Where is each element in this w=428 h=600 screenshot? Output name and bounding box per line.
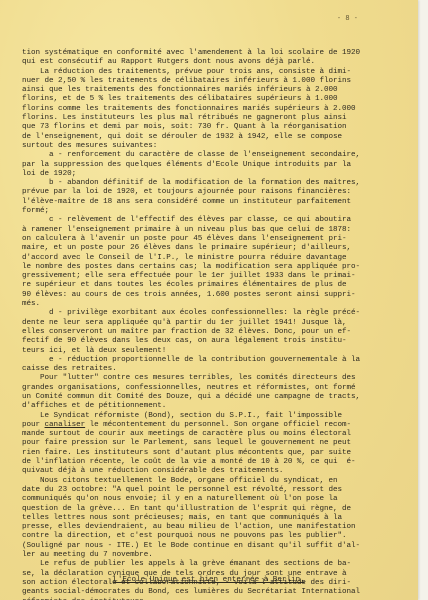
text-line: pour canaliser le mécontentement du pers…	[22, 421, 414, 430]
document-page: - 8 - tion systématique en conformité av…	[0, 0, 418, 600]
text-line: que 73 florins et demi par mois, soit: 7…	[22, 123, 414, 132]
text-line: le nombre des postes dans certains cas; …	[22, 263, 414, 272]
text-line: surtout des mesures suivantes:	[22, 142, 414, 151]
text-line: 90 élèves: au cours de ces trois années,…	[22, 291, 414, 300]
text-line: a - renforcement du caractère de classe …	[22, 151, 414, 160]
text-line: b - abandon définitif de la modification…	[22, 179, 414, 188]
text-line: de l'inflation récente, le coût de la vi…	[22, 458, 414, 467]
body-text: tion systématique en conformité avec l'a…	[22, 49, 414, 600]
text-line: més.	[22, 300, 414, 309]
text-line: Pour "lutter" contre ces mesures terribl…	[22, 374, 414, 383]
text-line: geants social-démocrates du Bond, ces lu…	[22, 588, 414, 597]
text-line: c - relèvement de l'effectif des élèves …	[22, 216, 414, 225]
closing-line: L'Ecole Unique est bien enterrée à Berli…	[0, 576, 418, 584]
text-line: telles lettres nous sont précieuses; mai…	[22, 514, 414, 523]
text-line: quivaut déjà à une réduction considérabl…	[22, 467, 414, 476]
text-line: maire, et un poste pour 26 élèves dans l…	[22, 244, 414, 253]
text-line: rien faire. Les instituteurs sont d'auta…	[22, 449, 414, 458]
text-line: nuer de 2,50 % les traitements de céliba…	[22, 77, 414, 86]
text-line: florins. Les instituteurs les plus mal r…	[22, 114, 414, 123]
text-line: on calculera à l'avenir un poste pour 45…	[22, 235, 414, 244]
text-line: à ramener l'enseignement primaire à un n…	[22, 226, 414, 235]
text-line: tion systématique en conformité avec l'a…	[22, 49, 414, 58]
text-line: teurs ici, et là deux seulement!	[22, 347, 414, 356]
text-line: dente ne leur sera appliquée qu'à partir…	[22, 319, 414, 328]
text-line: date du 23 octobre: "A quel point le per…	[22, 486, 414, 495]
text-line: question de la grève... En tant qu'illus…	[22, 505, 414, 514]
text-line: un Comité commun dit Comité des Douze, q…	[22, 393, 414, 402]
text-line: l'élève-maître de 18 ans sera considéré …	[22, 198, 414, 207]
text-line: prévue par la loi de 1920, et toujours a…	[22, 188, 414, 197]
text-line: florins, et de 5 % les traitements des c…	[22, 95, 414, 104]
text-line: formé;	[22, 207, 414, 216]
text-line: La réduction des traitements, prévue pou…	[22, 68, 414, 77]
text-line: Nous citons textuellement le Bode, organ…	[22, 477, 414, 486]
text-line: presse, elles deviendraient, au beau mil…	[22, 523, 414, 532]
text-line: de l'enseignement, qui doit se dérouler …	[22, 133, 414, 142]
text-line: d - privilège exorbitant aux écoles conf…	[22, 309, 414, 318]
text-line: gressivement; elle sera effectuée pour l…	[22, 272, 414, 281]
text-line: florins comme les traitements des foncti…	[22, 105, 414, 114]
text-line: communiqués qu'on nous envoie; il y en a…	[22, 495, 414, 504]
underlined-text: canaliser	[45, 421, 86, 429]
text-line: (Souligné par nous - ITE.) Et le Bode co…	[22, 542, 414, 551]
text-line: d'affiches et de pétitionnement.	[22, 402, 414, 411]
text-line: Le Syndicat réformiste (Bond), section d…	[22, 412, 414, 421]
text-line: grandes organisations, confessionnelles,…	[22, 384, 414, 393]
text-line: Le refus de publier les appels à la grèv…	[22, 560, 414, 569]
text-line: d'accord avec le Conseil de l'I.P., le m…	[22, 254, 414, 263]
text-line: par la suppression des quelques éléments…	[22, 161, 414, 170]
text-line: caisse des retraites.	[22, 365, 414, 374]
text-line: qui est consécutif au Rapport Rutgers do…	[22, 58, 414, 67]
text-line: pour faire pression sur le Parlement, sa…	[22, 439, 414, 448]
text-line: loi de 1920;	[22, 170, 414, 179]
text-line: re supérieur et dans toutes les écoles p…	[22, 281, 414, 290]
text-line: ler au meeting du 7 novembre.	[22, 551, 414, 560]
text-line: contre la direction, et c'est pourquoi n…	[22, 532, 414, 541]
text-line: e - réduction proportionnelle de la cont…	[22, 356, 414, 365]
text-line: elles conserveront un maître par fractio…	[22, 328, 414, 337]
text-line: ainsi que les traitements des fonctionna…	[22, 86, 414, 95]
text-line: fectif de 90 élèves dans les deux cas, o…	[22, 337, 414, 346]
text-line: mande surtout de courir aux meetings de …	[22, 430, 414, 439]
page-number: - 8 -	[337, 14, 358, 22]
